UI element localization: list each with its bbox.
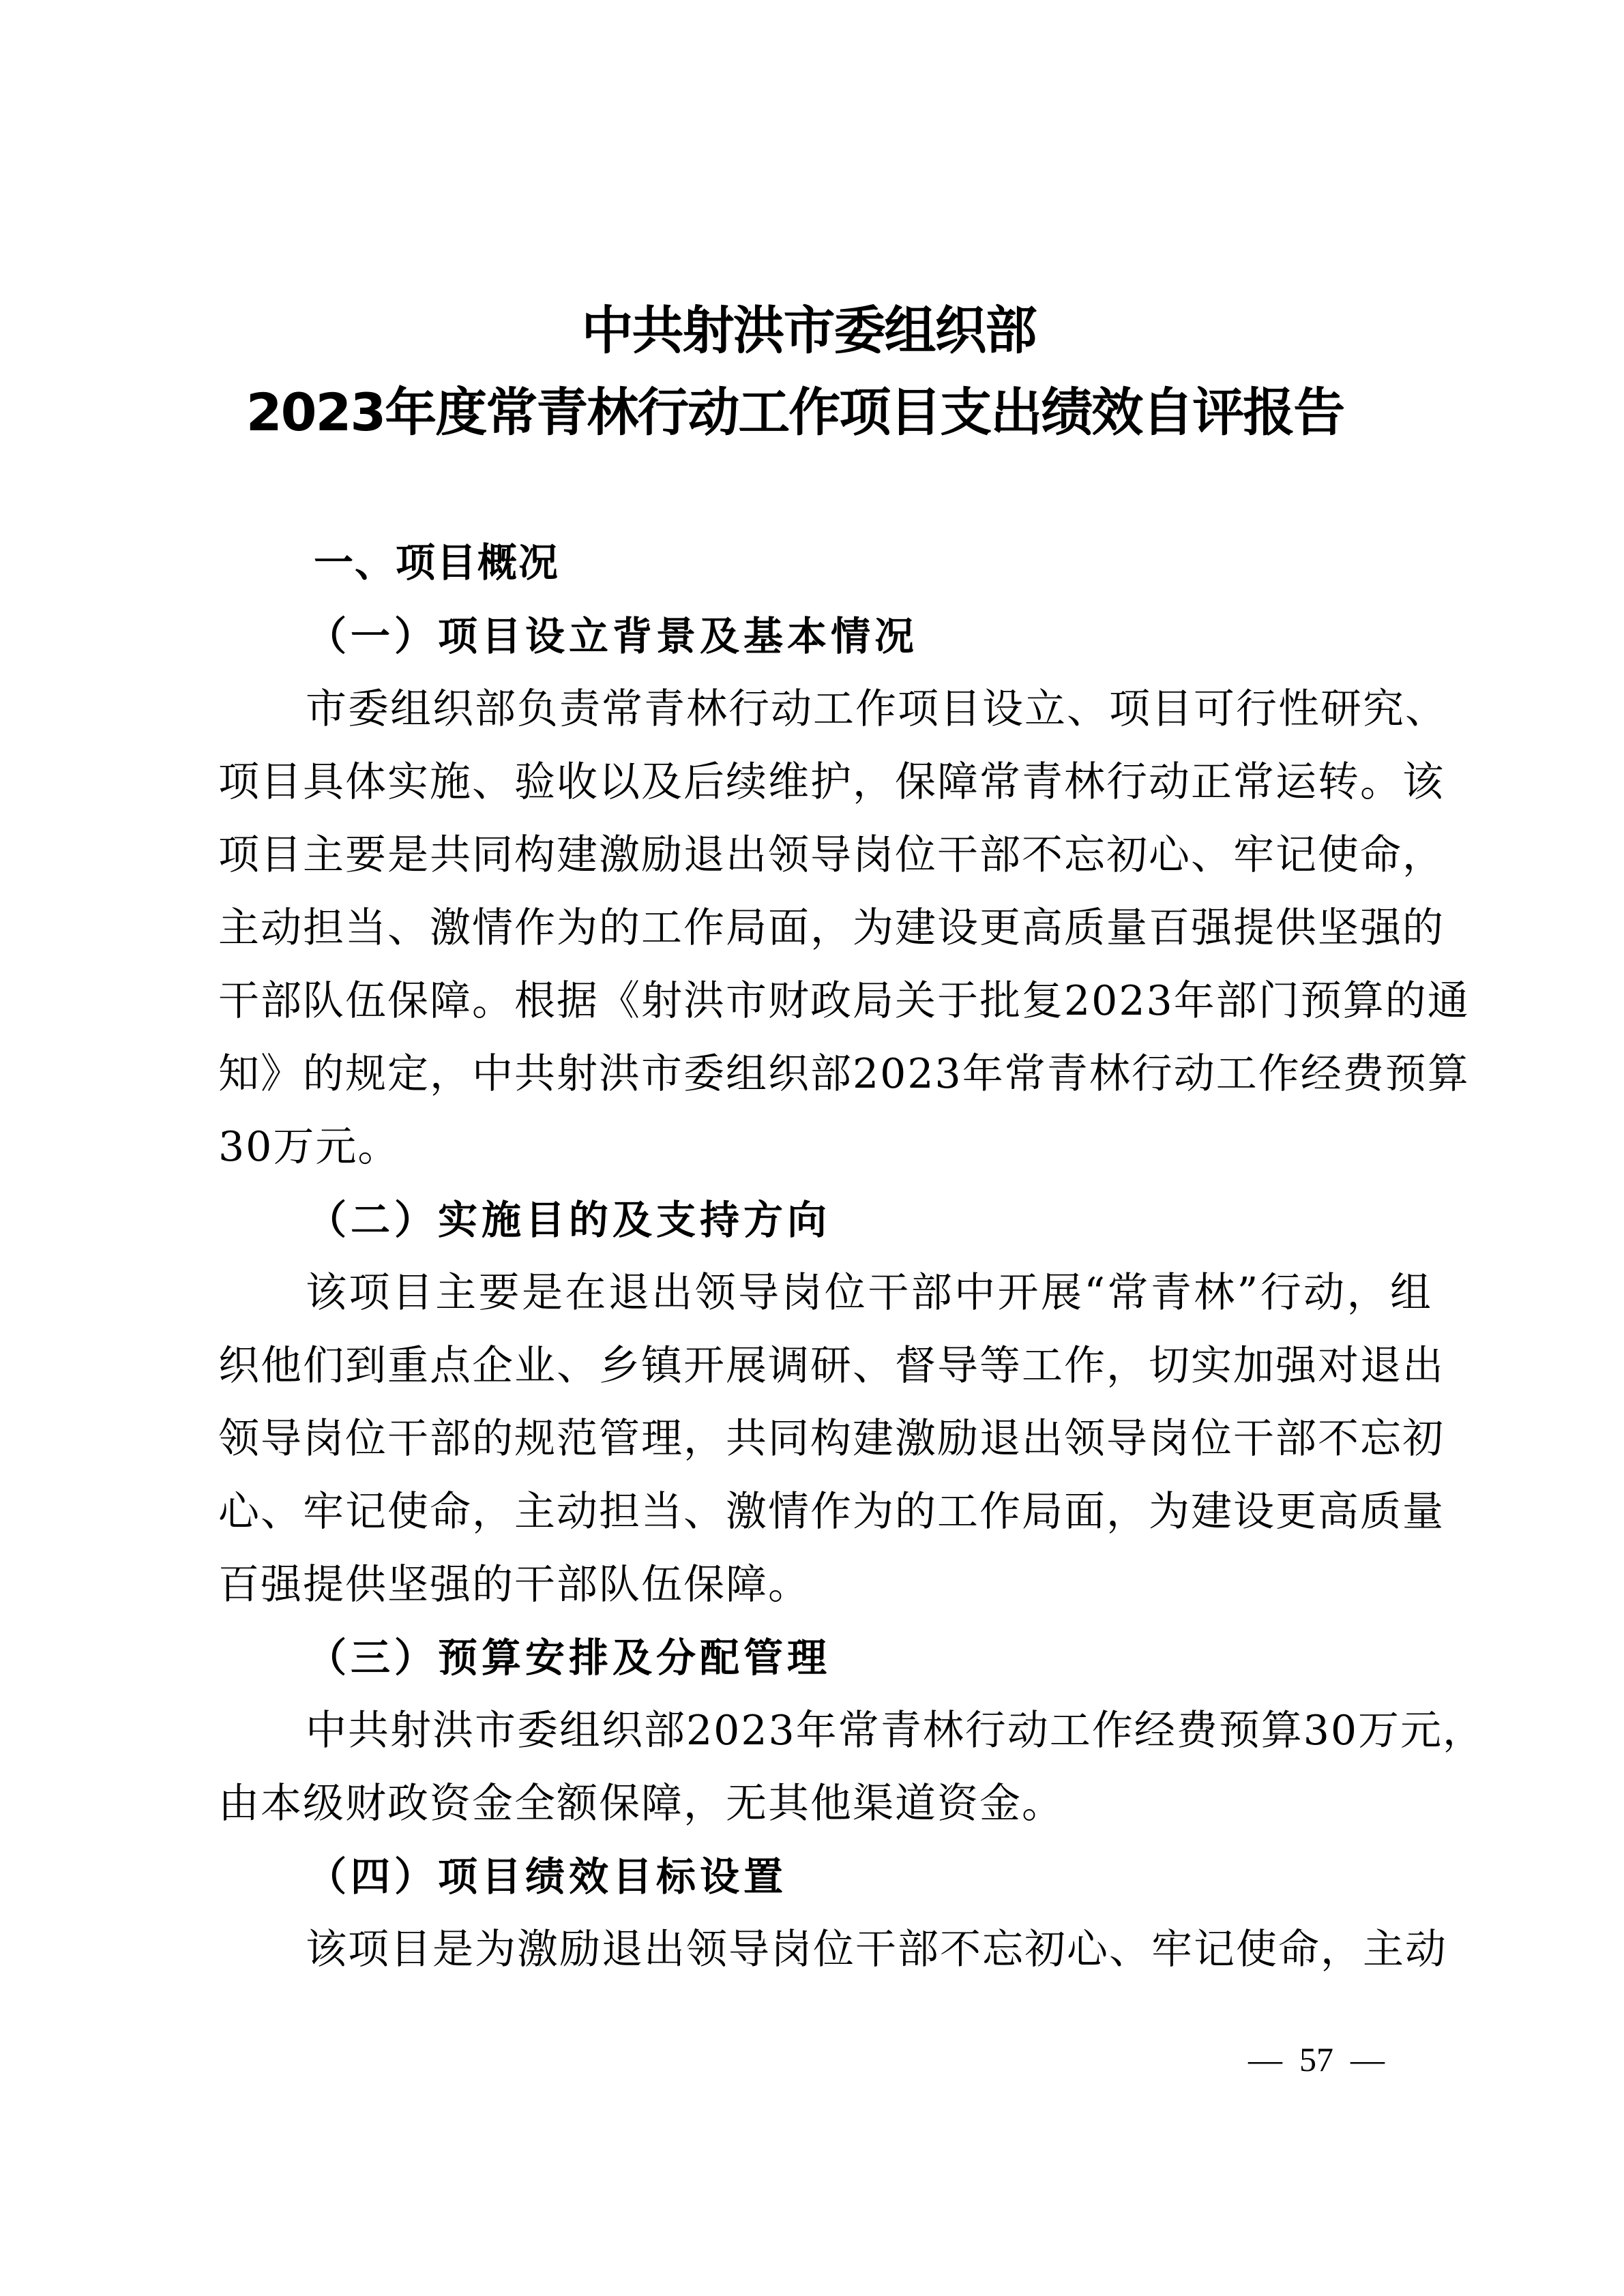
paragraph-line: 心、牢记使命，主动担当、激情作为的工作局面，为建设更高质量: [218, 1476, 1432, 1549]
subsection-heading-background: （一）项目设立背景及基本情况: [218, 600, 1432, 673]
paragraph-line: 项目主要是共同构建激励退出领导岗位干部不忘初心、牢记使命，: [218, 819, 1432, 892]
paragraph-line: 干部队伍保障。根据《射洪市财政局关于批复2023年部门预算的通: [218, 965, 1432, 1038]
paragraph-line: 织他们到重点企业、乡镇开展调研、督导等工作，切实加强对退出: [218, 1330, 1432, 1403]
document-title: 中共射洪市委组织部 2023年度常青林行动工作项目支出绩效自评报告: [0, 290, 1624, 453]
subsection-heading-budget: （三）预算安排及分配管理: [218, 1622, 1432, 1695]
paragraph-line: 项目具体实施、验收以及后续维护，保障常青林行动正常运转。该: [218, 746, 1432, 819]
subsection-heading-purpose: （二）实施目的及支持方向: [218, 1184, 1432, 1257]
paragraph-line: 由本级财政资金全额保障，无其他渠道资金。: [218, 1768, 1432, 1840]
document-page: 中共射洪市委组织部 2023年度常青林行动工作项目支出绩效自评报告 一、项目概况…: [0, 0, 1624, 2296]
paragraph-line: 百强提供坚强的干部队伍保障。: [218, 1549, 1432, 1622]
paragraph-line: 30万元。: [218, 1111, 1432, 1184]
paragraph-line: 领导岗位干部的规范管理，共同构建激励退出领导岗位干部不忘初: [218, 1403, 1432, 1476]
paragraph-line: 主动担当、激情作为的工作局面，为建设更高质量百强提供坚强的: [218, 892, 1432, 965]
paragraph-line: 该项目是为激励退出领导岗位干部不忘初心、牢记使命，主动: [218, 1913, 1432, 1986]
paragraph-line: 该项目主要是在退出领导岗位干部中开展“常青林”行动，组: [218, 1257, 1432, 1330]
page-number: — 57 —: [1228, 2039, 1405, 2080]
document-body: 一、项目概况 （一）项目设立背景及基本情况 市委组织部负责常青林行动工作项目设立…: [218, 525, 1432, 1986]
subsection-heading-performance-goals: （四）项目绩效目标设置: [218, 1840, 1432, 1913]
paragraph-line: 市委组织部负责常青林行动工作项目设立、项目可行性研究、: [218, 673, 1432, 746]
paragraph-line: 中共射洪市委组织部2023年常青林行动工作经费预算30万元，: [218, 1695, 1432, 1768]
title-line-report-name: 2023年度常青林行动工作项目支出绩效自评报告: [0, 372, 1624, 453]
title-line-organization: 中共射洪市委组织部: [0, 290, 1624, 372]
paragraph-line: 知》的规定，中共射洪市委组织部2023年常青林行动工作经费预算: [218, 1038, 1432, 1111]
section-heading-project-overview: 一、项目概况: [218, 525, 1432, 600]
